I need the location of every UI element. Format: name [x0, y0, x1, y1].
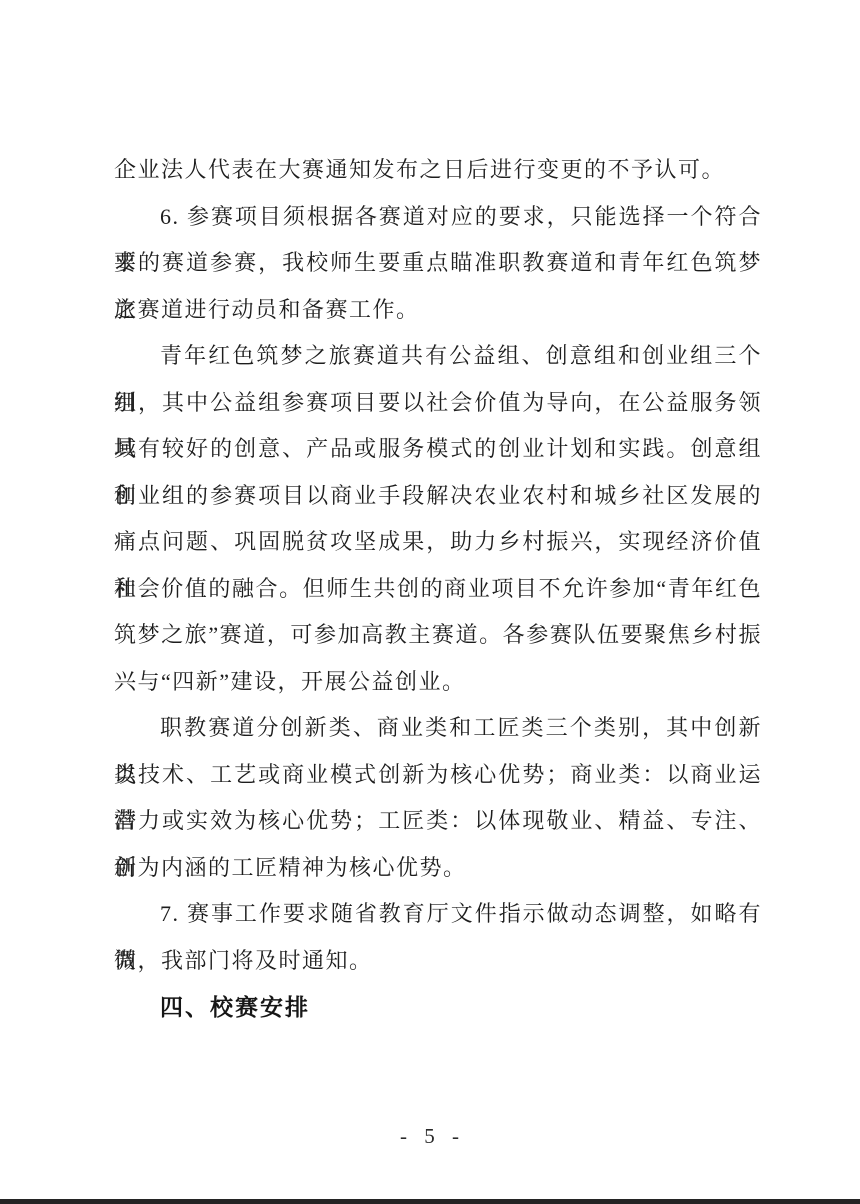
text-line: 6. 参赛项目须根据各赛道对应的要求，只能选择一个符合要 [114, 194, 762, 241]
text-line: 旅赛道进行动员和备赛工作。 [114, 287, 762, 334]
document-body: 企业法人代表在大赛通知发布之日后进行变更的不予认可。6. 参赛项目须根据各赛道对… [114, 147, 762, 1031]
section-heading: 四、校赛安排 [114, 984, 762, 1031]
text-line: 职教赛道分创新类、商业类和工匠类三个类别，其中创新类 [114, 705, 762, 752]
text-line: 筑梦之旅”赛道，可参加高教主赛道。各参赛队伍要聚焦乡村振 [114, 612, 762, 659]
text-line: 潜力或实效为核心优势；工匠类：以体现敬业、精益、专注、创 [114, 798, 762, 845]
text-line: 别，其中公益组参赛项目要以社会价值为导向，在公益服务领域 [114, 380, 762, 427]
text-line: 以技术、工艺或商业模式创新为核心优势；商业类：以商业运营 [114, 752, 762, 799]
text-line: 求的赛道参赛，我校师生要重点瞄准职教赛道和青年红色筑梦之 [114, 240, 762, 287]
text-line: 青年红色筑梦之旅赛道共有公益组、创意组和创业组三个组 [114, 333, 762, 380]
text-line: 调，我部门将及时通知。 [114, 938, 762, 985]
text-line: 社会价值的融合。但师生共创的商业项目不允许参加“青年红色 [114, 566, 762, 613]
text-line: 痛点问题、巩固脱贫攻坚成果，助力乡村振兴，实现经济价值和 [114, 519, 762, 566]
text-line: 创业组的参赛项目以商业手段解决农业农村和城乡社区发展的 [114, 473, 762, 520]
text-line: 企业法人代表在大赛通知发布之日后进行变更的不予认可。 [114, 147, 762, 194]
text-line: 新为内涵的工匠精神为核心优势。 [114, 845, 762, 892]
page-bottom-edge [0, 1199, 860, 1204]
text-line: 兴与“四新”建设，开展公益创业。 [114, 659, 762, 706]
page-number: - 5 - [0, 1120, 860, 1152]
text-line: 7. 赛事工作要求随省教育厅文件指示做动态调整，如略有微 [114, 891, 762, 938]
text-line: 具有较好的创意、产品或服务模式的创业计划和实践。创意组和 [114, 426, 762, 473]
